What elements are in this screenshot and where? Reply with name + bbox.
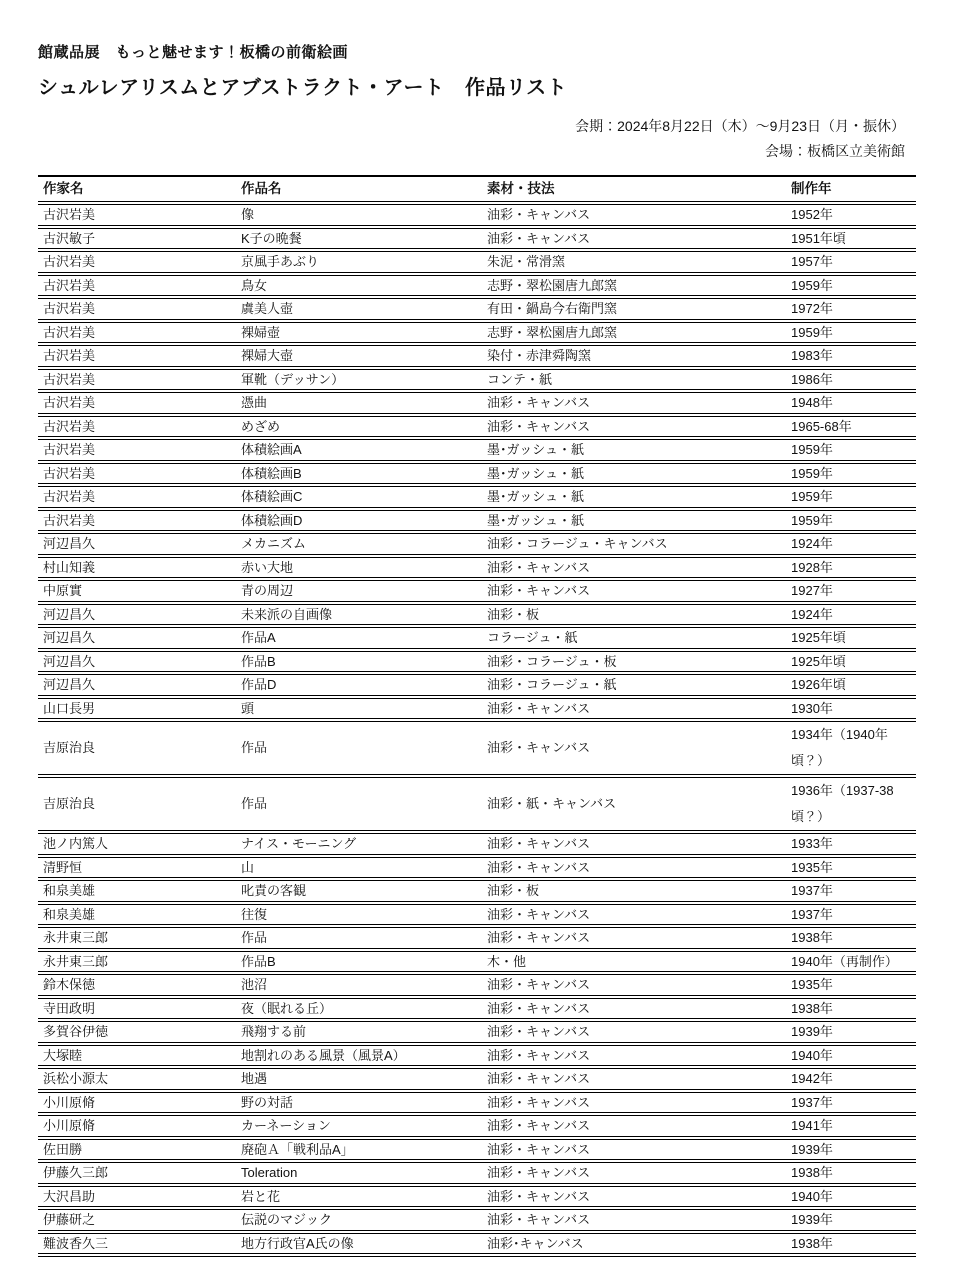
worklist-body: 古沢岩美像油彩・キャンバス1952年古沢敏子K子の晩餐油彩・キャンバス1951年… bbox=[38, 203, 916, 1255]
title-cell: 赤い大地 bbox=[236, 556, 482, 580]
exhibition-period: 会期：2024年8月22日（木）～9月23日（月・振休） bbox=[38, 114, 905, 139]
table-row: 和泉美雄叱責の客観油彩・板1937年 bbox=[38, 879, 916, 903]
table-row: 多賀谷伊徳飛翔する前油彩・キャンバス1939年 bbox=[38, 1020, 916, 1044]
medium-cell: 墨･ガッシュ・紙 bbox=[482, 485, 786, 509]
medium-cell: 油彩・キャンバス bbox=[482, 1185, 786, 1209]
table-row: 浜松小源太地遇油彩・キャンバス1942年 bbox=[38, 1067, 916, 1091]
table-row: 伊藤久三郎Toleration油彩・キャンバス1938年 bbox=[38, 1161, 916, 1185]
year-cell: 1934年（1940年頃？） bbox=[786, 720, 916, 776]
table-row: 古沢岩美憑曲油彩・キャンバス1948年 bbox=[38, 391, 916, 415]
page-title: シュルレアリスムとアブストラクト・アート 作品リスト bbox=[38, 76, 916, 100]
medium-cell: 油彩・キャンバス bbox=[482, 1114, 786, 1138]
year-cell: 1925年頃 bbox=[786, 626, 916, 650]
medium-cell: 油彩・キャンバス bbox=[482, 997, 786, 1021]
artist-cell: 河辺昌久 bbox=[38, 626, 236, 650]
title-cell: 憑曲 bbox=[236, 391, 482, 415]
artist-cell: 和泉美雄 bbox=[38, 879, 236, 903]
year-cell: 1983年 bbox=[786, 344, 916, 368]
title-cell: 作品 bbox=[236, 926, 482, 950]
artist-cell: 佐田勝 bbox=[38, 1138, 236, 1162]
artist-cell: 大沢昌助 bbox=[38, 1185, 236, 1209]
artist-cell: 和泉美雄 bbox=[38, 903, 236, 927]
year-cell: 1928年 bbox=[786, 556, 916, 580]
title-cell: ナイス・モーニング bbox=[236, 832, 482, 856]
medium-cell: 油彩・キャンバス bbox=[482, 391, 786, 415]
medium-cell: 油彩・キャンバス bbox=[482, 832, 786, 856]
medium-cell: 油彩・コラージュ・紙 bbox=[482, 673, 786, 697]
medium-cell: 油彩・キャンバス bbox=[482, 415, 786, 439]
table-row: 古沢岩美裸婦壺志野・翠松園唐九郎窯1959年 bbox=[38, 321, 916, 345]
year-cell: 1957年 bbox=[786, 250, 916, 274]
title-cell: 作品 bbox=[236, 776, 482, 832]
medium-cell: 木・他 bbox=[482, 950, 786, 974]
medium-cell: 油彩・キャンバス bbox=[482, 973, 786, 997]
year-cell: 1938年 bbox=[786, 1161, 916, 1185]
title-cell: 作品D bbox=[236, 673, 482, 697]
artist-cell: 古沢岩美 bbox=[38, 344, 236, 368]
title-cell: カーネーション bbox=[236, 1114, 482, 1138]
table-row: 古沢岩美体積絵画A墨･ガッシュ・紙1959年 bbox=[38, 438, 916, 462]
title-cell: 青の周辺 bbox=[236, 579, 482, 603]
title-cell: 未来派の自画像 bbox=[236, 603, 482, 627]
table-header-row: 作家名 作品名 素材・技法 制作年 bbox=[38, 176, 916, 203]
table-row: 大塚睦地割れのある風景（風景A）油彩・キャンバス1940年 bbox=[38, 1044, 916, 1068]
table-row: 河辺昌久メカニズム油彩・コラージュ・キャンバス1924年 bbox=[38, 532, 916, 556]
year-cell: 1936年（1937-38頃？） bbox=[786, 776, 916, 832]
medium-cell: 油彩・キャンバス bbox=[482, 1208, 786, 1232]
title-cell: 作品B bbox=[236, 950, 482, 974]
medium-cell: コンテ・紙 bbox=[482, 368, 786, 392]
table-row: 古沢岩美虞美人壺有田・鍋島今右衛門窯1972年 bbox=[38, 297, 916, 321]
artist-cell: 伊藤研之 bbox=[38, 1208, 236, 1232]
year-cell: 1942年 bbox=[786, 1067, 916, 1091]
artist-cell: 古沢岩美 bbox=[38, 274, 236, 298]
artist-cell: 村山知義 bbox=[38, 556, 236, 580]
title-cell: 山 bbox=[236, 856, 482, 880]
artist-cell: 河辺昌久 bbox=[38, 650, 236, 674]
medium-cell: 油彩・キャンバス bbox=[482, 1020, 786, 1044]
year-cell: 1959年 bbox=[786, 321, 916, 345]
medium-cell: 油彩・板 bbox=[482, 603, 786, 627]
title-cell: 廃砲Ａ「戦利品A」 bbox=[236, 1138, 482, 1162]
document-page: 館蔵品展 もっと魅せます！板橋の前衛絵画 シュルレアリスムとアブストラクト・アー… bbox=[0, 0, 954, 1280]
title-cell: 頭 bbox=[236, 697, 482, 721]
table-row: 吉原治良作品油彩・キャンバス1934年（1940年頃？） bbox=[38, 720, 916, 776]
title-cell: 岩と花 bbox=[236, 1185, 482, 1209]
medium-cell: 油彩・キャンバス bbox=[482, 926, 786, 950]
title-cell: 伝説のマジック bbox=[236, 1208, 482, 1232]
table-row: 中原實青の周辺油彩・キャンバス1927年 bbox=[38, 579, 916, 603]
artist-cell: 古沢岩美 bbox=[38, 391, 236, 415]
title-cell: 体積絵画C bbox=[236, 485, 482, 509]
artist-cell: 河辺昌久 bbox=[38, 603, 236, 627]
medium-cell: 油彩・キャンバス bbox=[482, 1138, 786, 1162]
exhibition-meta: 会期：2024年8月22日（木）～9月23日（月・振休） 会場：板橋区立美術館 bbox=[38, 114, 916, 164]
column-header-title: 作品名 bbox=[236, 176, 482, 203]
table-row: 清野恒山油彩・キャンバス1935年 bbox=[38, 856, 916, 880]
medium-cell: 油彩・キャンバス bbox=[482, 903, 786, 927]
year-cell: 1927年 bbox=[786, 579, 916, 603]
medium-cell: 油彩・キャンバス bbox=[482, 1067, 786, 1091]
year-cell: 1959年 bbox=[786, 438, 916, 462]
medium-cell: コラージュ・紙 bbox=[482, 626, 786, 650]
medium-cell: 墨･ガッシュ・紙 bbox=[482, 438, 786, 462]
artist-cell: 難波香久三 bbox=[38, 1232, 236, 1256]
year-cell: 1940年 bbox=[786, 1044, 916, 1068]
artist-cell: 池ノ内篤人 bbox=[38, 832, 236, 856]
column-header-artist: 作家名 bbox=[38, 176, 236, 203]
table-row: 古沢岩美体積絵画D墨･ガッシュ・紙1959年 bbox=[38, 509, 916, 533]
table-row: 吉原治良作品油彩・紙・キャンバス1936年（1937-38頃？） bbox=[38, 776, 916, 832]
artwork-list-table: 作家名 作品名 素材・技法 制作年 古沢岩美像油彩・キャンバス1952年古沢敏子… bbox=[38, 175, 916, 1257]
table-row: 古沢岩美京風手あぶり朱泥・常滑窯1957年 bbox=[38, 250, 916, 274]
year-cell: 1986年 bbox=[786, 368, 916, 392]
table-row: 難波香久三地方行政官A氏の像油彩･キャンバス1938年 bbox=[38, 1232, 916, 1256]
year-cell: 1959年 bbox=[786, 274, 916, 298]
medium-cell: 油彩・キャンバス bbox=[482, 579, 786, 603]
table-row: 古沢岩美鳥女志野・翠松園唐九郎窯1959年 bbox=[38, 274, 916, 298]
artist-cell: 古沢岩美 bbox=[38, 321, 236, 345]
year-cell: 1938年 bbox=[786, 1232, 916, 1256]
title-cell: 体積絵画B bbox=[236, 462, 482, 486]
artist-cell: 鈴木保徳 bbox=[38, 973, 236, 997]
medium-cell: 油彩・板 bbox=[482, 879, 786, 903]
title-cell: 地方行政官A氏の像 bbox=[236, 1232, 482, 1256]
table-row: 大沢昌助岩と花油彩・キャンバス1940年 bbox=[38, 1185, 916, 1209]
year-cell: 1935年 bbox=[786, 856, 916, 880]
title-cell: 裸婦壺 bbox=[236, 321, 482, 345]
title-cell: 叱責の客観 bbox=[236, 879, 482, 903]
table-row: 古沢岩美像油彩・キャンバス1952年 bbox=[38, 203, 916, 227]
year-cell: 1937年 bbox=[786, 903, 916, 927]
artist-cell: 古沢岩美 bbox=[38, 485, 236, 509]
artist-cell: 古沢敏子 bbox=[38, 227, 236, 251]
title-cell: 鳥女 bbox=[236, 274, 482, 298]
medium-cell: 油彩・キャンバス bbox=[482, 1044, 786, 1068]
year-cell: 1959年 bbox=[786, 462, 916, 486]
table-row: 河辺昌久作品D油彩・コラージュ・紙1926年頃 bbox=[38, 673, 916, 697]
medium-cell: 油彩・キャンバス bbox=[482, 227, 786, 251]
title-cell: めざめ bbox=[236, 415, 482, 439]
artist-cell: 浜松小源太 bbox=[38, 1067, 236, 1091]
artist-cell: 古沢岩美 bbox=[38, 368, 236, 392]
table-row: 小川原脩野の対話油彩・キャンバス1937年 bbox=[38, 1091, 916, 1115]
medium-cell: 油彩・キャンバス bbox=[482, 556, 786, 580]
artist-cell: 古沢岩美 bbox=[38, 250, 236, 274]
medium-cell: 油彩・キャンバス bbox=[482, 856, 786, 880]
table-row: 古沢岩美裸婦大壺染付・赤津舜陶窯1983年 bbox=[38, 344, 916, 368]
year-cell: 1924年 bbox=[786, 603, 916, 627]
artist-cell: 古沢岩美 bbox=[38, 297, 236, 321]
artist-cell: 大塚睦 bbox=[38, 1044, 236, 1068]
medium-cell: 油彩・キャンバス bbox=[482, 1161, 786, 1185]
year-cell: 1939年 bbox=[786, 1020, 916, 1044]
artist-cell: 河辺昌久 bbox=[38, 673, 236, 697]
year-cell: 1939年 bbox=[786, 1138, 916, 1162]
table-row: 古沢岩美体積絵画B墨･ガッシュ・紙1959年 bbox=[38, 462, 916, 486]
artist-cell: 古沢岩美 bbox=[38, 438, 236, 462]
table-row: 古沢敏子K子の晩餐油彩・キャンバス1951年頃 bbox=[38, 227, 916, 251]
title-cell: 作品A bbox=[236, 626, 482, 650]
medium-cell: 墨･ガッシュ・紙 bbox=[482, 462, 786, 486]
year-cell: 1940年 bbox=[786, 1185, 916, 1209]
title-cell: 像 bbox=[236, 203, 482, 227]
year-cell: 1924年 bbox=[786, 532, 916, 556]
table-row: 鈴木保徳池沼油彩・キャンバス1935年 bbox=[38, 973, 916, 997]
title-cell: K子の晩餐 bbox=[236, 227, 482, 251]
artist-cell: 永井東三郎 bbox=[38, 926, 236, 950]
title-cell: 夜（眠れる丘） bbox=[236, 997, 482, 1021]
medium-cell: 朱泥・常滑窯 bbox=[482, 250, 786, 274]
title-cell: 体積絵画A bbox=[236, 438, 482, 462]
medium-cell: 油彩・キャンバス bbox=[482, 697, 786, 721]
title-cell: 軍靴（デッサン） bbox=[236, 368, 482, 392]
year-cell: 1951年頃 bbox=[786, 227, 916, 251]
medium-cell: 油彩・キャンバス bbox=[482, 720, 786, 776]
exhibition-series-title: 館蔵品展 もっと魅せます！板橋の前衛絵画 bbox=[38, 44, 916, 62]
table-row: 河辺昌久作品Aコラージュ・紙1925年頃 bbox=[38, 626, 916, 650]
exhibition-venue: 会場：板橋区立美術館 bbox=[38, 139, 905, 164]
year-cell: 1941年 bbox=[786, 1114, 916, 1138]
title-cell: 作品B bbox=[236, 650, 482, 674]
title-cell: 野の対話 bbox=[236, 1091, 482, 1115]
medium-cell: 油彩・キャンバス bbox=[482, 203, 786, 227]
medium-cell: 油彩・キャンバス bbox=[482, 1091, 786, 1115]
title-cell: 作品 bbox=[236, 720, 482, 776]
artist-cell: 中原實 bbox=[38, 579, 236, 603]
title-cell: 体積絵画D bbox=[236, 509, 482, 533]
medium-cell: 油彩･キャンバス bbox=[482, 1232, 786, 1256]
year-cell: 1938年 bbox=[786, 926, 916, 950]
table-row: 永井東三郎作品B木・他1940年（再制作） bbox=[38, 950, 916, 974]
table-row: 寺田政明夜（眠れる丘）油彩・キャンバス1938年 bbox=[38, 997, 916, 1021]
table-row: 佐田勝廃砲Ａ「戦利品A」油彩・キャンバス1939年 bbox=[38, 1138, 916, 1162]
title-cell: 京風手あぶり bbox=[236, 250, 482, 274]
year-cell: 1965-68年 bbox=[786, 415, 916, 439]
medium-cell: 志野・翠松園唐九郎窯 bbox=[482, 321, 786, 345]
table-row: 和泉美雄往復油彩・キャンバス1937年 bbox=[38, 903, 916, 927]
table-row: 永井東三郎作品油彩・キャンバス1938年 bbox=[38, 926, 916, 950]
medium-cell: 油彩・コラージュ・キャンバス bbox=[482, 532, 786, 556]
year-cell: 1959年 bbox=[786, 509, 916, 533]
medium-cell: 油彩・紙・キャンバス bbox=[482, 776, 786, 832]
year-cell: 1952年 bbox=[786, 203, 916, 227]
table-header: 作家名 作品名 素材・技法 制作年 bbox=[38, 176, 916, 203]
artist-cell: 多賀谷伊徳 bbox=[38, 1020, 236, 1044]
artist-cell: 山口長男 bbox=[38, 697, 236, 721]
medium-cell: 墨･ガッシュ・紙 bbox=[482, 509, 786, 533]
year-cell: 1940年（再制作） bbox=[786, 950, 916, 974]
year-cell: 1972年 bbox=[786, 297, 916, 321]
artist-cell: 寺田政明 bbox=[38, 997, 236, 1021]
year-cell: 1937年 bbox=[786, 1091, 916, 1115]
year-cell: 1937年 bbox=[786, 879, 916, 903]
year-cell: 1926年頃 bbox=[786, 673, 916, 697]
title-cell: 飛翔する前 bbox=[236, 1020, 482, 1044]
artist-cell: 古沢岩美 bbox=[38, 415, 236, 439]
artist-cell: 小川原脩 bbox=[38, 1114, 236, 1138]
title-cell: Toleration bbox=[236, 1161, 482, 1185]
table-row: 山口長男頭油彩・キャンバス1930年 bbox=[38, 697, 916, 721]
title-cell: 池沼 bbox=[236, 973, 482, 997]
artist-cell: 河辺昌久 bbox=[38, 532, 236, 556]
artist-cell: 古沢岩美 bbox=[38, 509, 236, 533]
year-cell: 1935年 bbox=[786, 973, 916, 997]
table-row: 古沢岩美体積絵画C墨･ガッシュ・紙1959年 bbox=[38, 485, 916, 509]
medium-cell: 志野・翠松園唐九郎窯 bbox=[482, 274, 786, 298]
artist-cell: 吉原治良 bbox=[38, 720, 236, 776]
title-cell: 虞美人壺 bbox=[236, 297, 482, 321]
table-row: 池ノ内篤人ナイス・モーニング油彩・キャンバス1933年 bbox=[38, 832, 916, 856]
column-header-year: 制作年 bbox=[786, 176, 916, 203]
artist-cell: 吉原治良 bbox=[38, 776, 236, 832]
title-cell: 地割れのある風景（風景A） bbox=[236, 1044, 482, 1068]
table-row: 河辺昌久作品B油彩・コラージュ・板1925年頃 bbox=[38, 650, 916, 674]
table-row: 伊藤研之伝説のマジック油彩・キャンバス1939年 bbox=[38, 1208, 916, 1232]
year-cell: 1930年 bbox=[786, 697, 916, 721]
title-cell: 往復 bbox=[236, 903, 482, 927]
column-header-medium: 素材・技法 bbox=[482, 176, 786, 203]
table-row: 古沢岩美軍靴（デッサン）コンテ・紙1986年 bbox=[38, 368, 916, 392]
artist-cell: 清野恒 bbox=[38, 856, 236, 880]
table-row: 村山知義赤い大地油彩・キャンバス1928年 bbox=[38, 556, 916, 580]
medium-cell: 有田・鍋島今右衛門窯 bbox=[482, 297, 786, 321]
year-cell: 1938年 bbox=[786, 997, 916, 1021]
year-cell: 1959年 bbox=[786, 485, 916, 509]
year-cell: 1925年頃 bbox=[786, 650, 916, 674]
year-cell: 1933年 bbox=[786, 832, 916, 856]
title-cell: メカニズム bbox=[236, 532, 482, 556]
title-cell: 裸婦大壺 bbox=[236, 344, 482, 368]
artist-cell: 小川原脩 bbox=[38, 1091, 236, 1115]
table-row: 河辺昌久未来派の自画像油彩・板1924年 bbox=[38, 603, 916, 627]
medium-cell: 油彩・コラージュ・板 bbox=[482, 650, 786, 674]
table-row: 古沢岩美めざめ油彩・キャンバス1965-68年 bbox=[38, 415, 916, 439]
table-row: 小川原脩カーネーション油彩・キャンバス1941年 bbox=[38, 1114, 916, 1138]
year-cell: 1939年 bbox=[786, 1208, 916, 1232]
title-cell: 地遇 bbox=[236, 1067, 482, 1091]
medium-cell: 染付・赤津舜陶窯 bbox=[482, 344, 786, 368]
artist-cell: 伊藤久三郎 bbox=[38, 1161, 236, 1185]
artist-cell: 古沢岩美 bbox=[38, 203, 236, 227]
year-cell: 1948年 bbox=[786, 391, 916, 415]
artist-cell: 古沢岩美 bbox=[38, 462, 236, 486]
artist-cell: 永井東三郎 bbox=[38, 950, 236, 974]
